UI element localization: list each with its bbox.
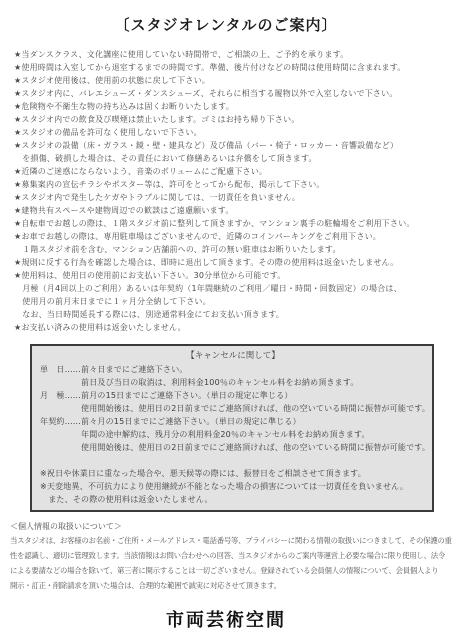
- privacy-section: ＜個人情報の取扱いについて＞ 当スタジオは、お客様のお名前・ご住所・メールアドレ…: [10, 520, 446, 593]
- rule-line: ★近隣のご迷惑にならないよう、音楽のボリュームにご配慮下さい。: [14, 165, 442, 178]
- rule-line: なお、当日時間延長する際には、別途通常料金にてお支払い頂きます。: [14, 308, 442, 321]
- rule-line: ★お支払い済みの使用料は返金いたしません。: [14, 321, 442, 334]
- cancellation-line: 月 極……前月の15日までにご連絡下さい。（単日の規定に準じる）: [40, 389, 426, 402]
- cancellation-line: ※天変地異、不可抗力により使用継続が不能となった場合の損害については一切責任を負…: [40, 480, 426, 493]
- privacy-line: 性を認識し、適切に管理致します。当該情報はお問い合わせへの回答、当スタジオからの…: [10, 548, 446, 563]
- cancellation-line: 前日及び当日の取消は、利用料金100％のキャンセル料をお納め頂きます。: [40, 376, 426, 389]
- rule-line: ★スタジオの備品を許可なく使用しないで下さい。: [14, 126, 442, 139]
- rule-line: ★危険物や不衛生な物の持ち込みは固くお断りいたします。: [14, 100, 442, 113]
- privacy-line: 開示・訂正・削除請求を頂いた場合は、合理的な範囲で誠実に対応させて頂きます。: [10, 578, 446, 593]
- cancellation-line: 使用開始後は、使用日の2日前までにご連絡頂ければ、他の空いている時間に振替が可能…: [40, 402, 426, 415]
- rule-line: ★使用時間は入室してから退室するまでの時間です。準備、後片付けなどの時間は使用時…: [14, 61, 442, 74]
- privacy-line: による要請などの場合を除いて、第三者に開示することは一切ございません。登録されて…: [10, 563, 446, 578]
- cancellation-box: 【キャンセルに関して】 単 日……前々日までにご連絡下さい。 前日及び当日の取消…: [30, 344, 434, 512]
- document-page: 〔スタジオレンタルのご案内〕 ★当ダンスクラス、文化講座に使用していない時間帯で…: [0, 0, 452, 640]
- cancellation-line: 使用開始後は、使用日の2日前までにご連絡頂ければ、他の空いている時間に振替が可能…: [40, 441, 426, 454]
- cancellation-line: ※祝日や休業日に重なった場合や、悪天候等の際には、振替日をご相談させて頂きます。: [40, 467, 426, 480]
- rule-line: 使用月の前月末日までに１ヶ月分全納して下さい。: [14, 295, 442, 308]
- rule-line: ★募集案内の宣伝チラシやポスター等は、許可をとってから配布、掲示して下さい。: [14, 178, 442, 191]
- rule-line: ★使用料は、使用日の使用前にお支払い下さい。30分単位から可能です。: [14, 269, 442, 282]
- cancellation-line: 年契約……前々月の15日までにご連絡下さい。（単日の規定に準じる）: [40, 415, 426, 428]
- rule-line: を損傷、破損した場合は、その責任において修繕あるいは弁償をして頂きます。: [14, 152, 442, 165]
- cancellation-box-lines: 単 日……前々日までにご連絡下さい。 前日及び当日の取消は、利用料金100％のキ…: [40, 363, 426, 506]
- rule-line: ★当ダンスクラス、文化講座に使用していない時間帯で、ご相談の上、ご予約を承ります…: [14, 48, 442, 61]
- rule-line: ★スタジオ内で発生したケガやトラブルに関しては、一切責任を負いません。: [14, 191, 442, 204]
- rule-line: ★建物共有スペースや建物周辺での歓談はご遠慮願います。: [14, 204, 442, 217]
- page-title: 〔スタジオレンタルのご案内〕: [0, 0, 452, 35]
- privacy-body: 当スタジオは、お客様のお名前・ご住所・メールアドレス・電話番号等、プライバシーに…: [10, 533, 446, 593]
- rule-line: ★スタジオの設備（床・ガラス・鏡・壁・建具など）及び備品（バー・椅子・ロッカー・…: [14, 139, 442, 152]
- cancellation-line: [40, 454, 426, 467]
- cancellation-box-title: 【キャンセルに関して】: [40, 349, 426, 363]
- rule-line: ★スタジオ内に、バレエシューズ・ダンスシューズ、それらに相当する履物以外で入室し…: [14, 87, 442, 100]
- cancellation-line: 年間の途中解約は、残月分の利用料金20％のキャンセル料をお納め頂きます。: [40, 428, 426, 441]
- cancellation-line: また、その際の使用料は返金いたしません。: [40, 493, 426, 506]
- rule-line: ★お車でお越しの際は、専用駐車場はございませんので、近隣のコインパーキングをご利…: [14, 230, 442, 243]
- cancellation-line: 単 日……前々日までにご連絡下さい。: [40, 363, 426, 376]
- rules-list: ★当ダンスクラス、文化講座に使用していない時間帯で、ご相談の上、ご予約を承ります…: [14, 48, 442, 334]
- rule-line: 月極（月4回以上のご利用）あるいは年契約（1年間継続のご利用／曜日・時間・回数固…: [14, 282, 442, 295]
- rule-line: ★規則に反する行為を確認した場合は、即時に退出して頂きます。その際の使用料は返金…: [14, 256, 442, 269]
- rule-line: ★スタジオ内での飲食及び喫煙は禁止いたします。ゴミはお持ち帰り下さい。: [14, 113, 442, 126]
- studio-name: 市両芸術空間: [0, 606, 452, 632]
- privacy-heading: ＜個人情報の取扱いについて＞: [10, 520, 446, 533]
- rule-line: ★スタジオ使用後は、使用前の状態に戻して下さい。: [14, 74, 442, 87]
- rule-line: ★自転車でお越しの際は、１階スタジオ前に整列して頂きますか、マンション裏手の駐輪…: [14, 217, 442, 230]
- privacy-line: 当スタジオは、お客様のお名前・ご住所・メールアドレス・電話番号等、プライバシーに…: [10, 533, 446, 548]
- rule-line: １階スタジオ前を含む、マンション店舗前への、許可の無い駐車はお断りいたします。: [14, 243, 442, 256]
